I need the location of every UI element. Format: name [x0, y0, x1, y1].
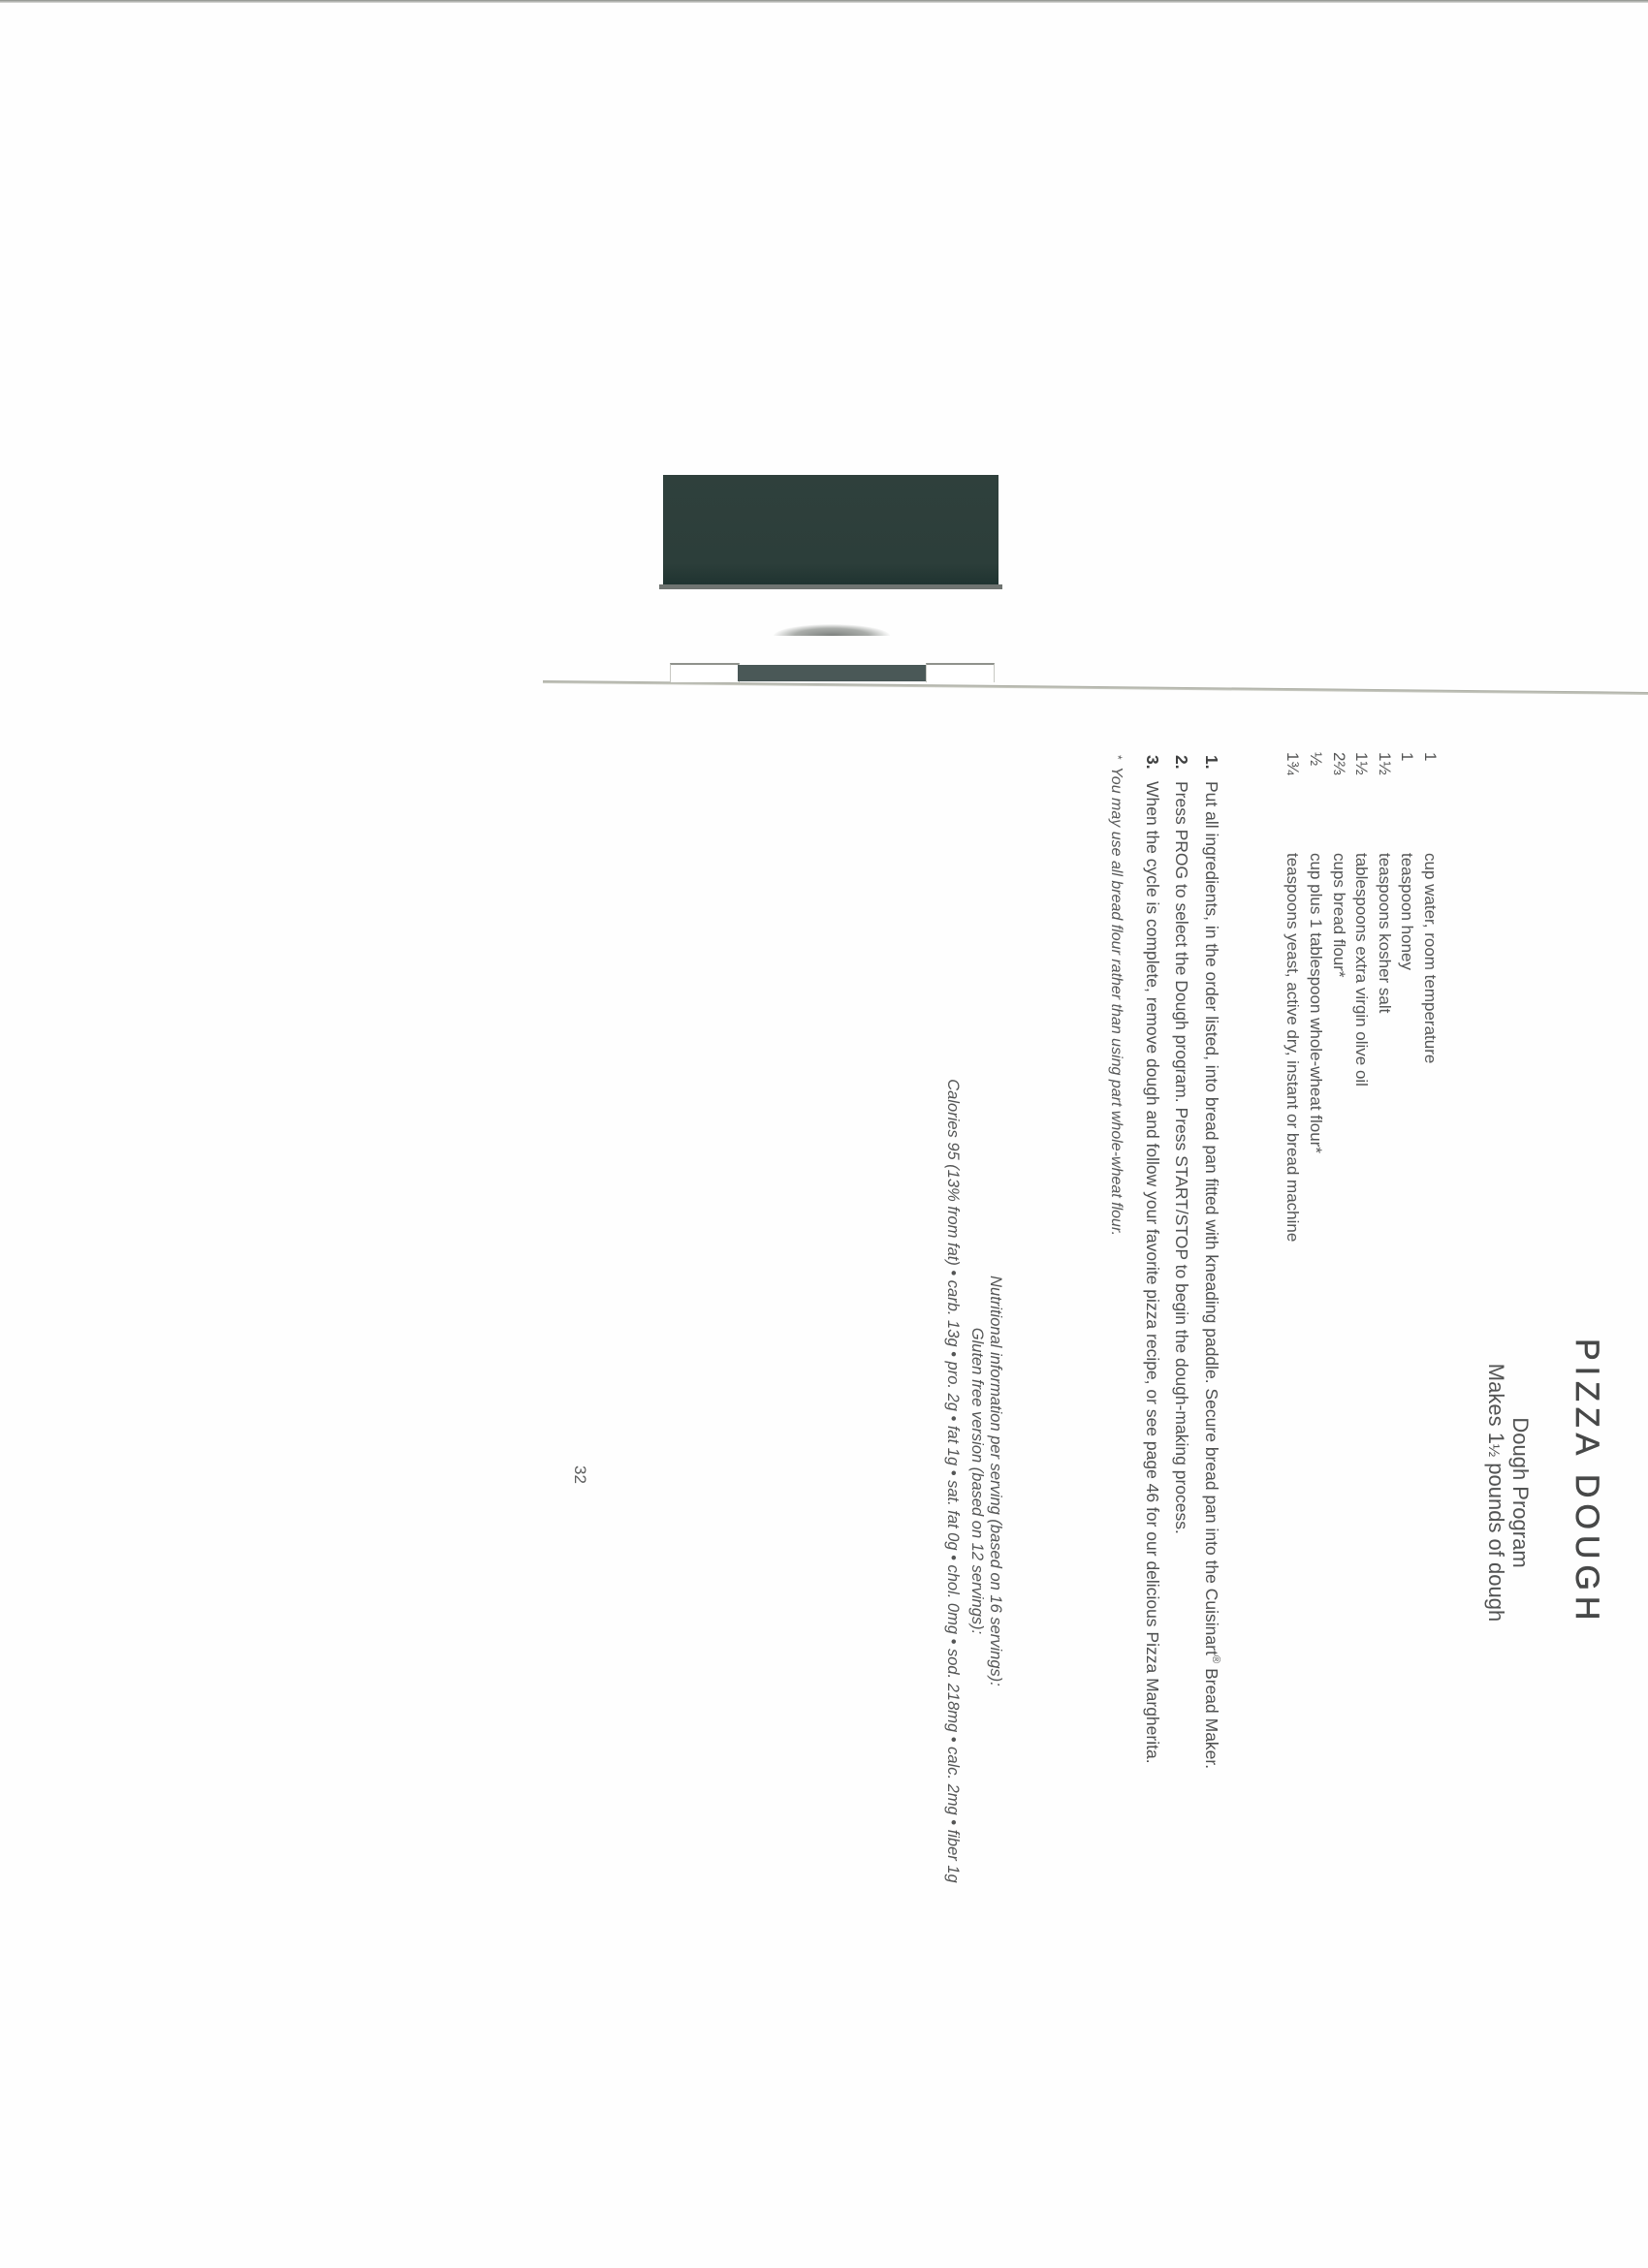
- yield-prefix: Makes 1: [1484, 1364, 1508, 1444]
- ingredient-text: cup water, room temperature: [1418, 853, 1442, 1063]
- page-number: 32: [570, 1465, 589, 1484]
- ingredient-text: teaspoon honey: [1396, 853, 1419, 970]
- step-number: 3.: [1138, 755, 1168, 781]
- instruction-step: 3. When the cycle is complete, remove do…: [1138, 755, 1168, 1769]
- nutrition-info: Nutritional information per serving (bas…: [943, 962, 1004, 2000]
- ingredient-text: teaspoons kosher salt: [1373, 853, 1396, 1013]
- recipe-yield: Makes 1½ pounds of dough: [1483, 1347, 1508, 1638]
- recipe-title: PIZZA DOUGH: [1568, 1339, 1605, 1629]
- step-number: 1.: [1197, 755, 1227, 781]
- step-number: 2.: [1167, 755, 1197, 781]
- ingredient-text: tablespoons extra virgin olive oil: [1350, 853, 1374, 1087]
- flour-footnote: *You may use all bread flour rather than…: [1107, 755, 1125, 1236]
- instruction-steps: 1. Put all ingredients, in the order lis…: [1138, 755, 1227, 1769]
- yield-fraction: ½: [1485, 1444, 1502, 1457]
- footnote-text: You may use all bread flour rather than …: [1108, 767, 1125, 1236]
- step-text: When the cycle is complete, remove dough…: [1138, 781, 1168, 1764]
- step-text-tail: Bread Maker.: [1202, 1663, 1221, 1769]
- ingredient-quantity: ½: [1304, 752, 1327, 853]
- instruction-step: 1. Put all ingredients, in the order lis…: [1197, 755, 1227, 1769]
- ingredient-quantity: 2⅔: [1327, 752, 1350, 853]
- ingredient-item: 1½ teaspoons kosher salt: [1373, 752, 1396, 1242]
- yield-suffix: pounds of dough: [1484, 1457, 1508, 1622]
- ingredient-text: teaspoons yeast, active dry, instant or …: [1282, 853, 1305, 1242]
- ingredient-item: 1 teaspoon honey: [1396, 752, 1419, 1242]
- ingredient-text: cups bread flour*: [1327, 853, 1350, 978]
- ingredient-quantity: 1½: [1350, 752, 1374, 853]
- step-text: Press PROG to select the Dough program. …: [1167, 781, 1197, 1534]
- step-text: Put all ingredients, in the order listed…: [1197, 781, 1227, 1769]
- ingredient-quantity: 1¾: [1282, 752, 1305, 853]
- ingredient-item: 1 cup water, room temperature: [1418, 752, 1442, 1242]
- step-text-main: Put all ingredients, in the order listed…: [1202, 781, 1221, 1655]
- ingredient-quantity: 1: [1396, 752, 1419, 853]
- ingredient-text: cup plus 1 tablespoon whole-wheat flour*: [1304, 853, 1327, 1153]
- nutrition-heading: Nutritional information per serving (bas…: [986, 962, 1004, 2000]
- registered-mark: ®: [1210, 1655, 1221, 1663]
- ingredient-item: 2⅔ cups bread flour*: [1327, 752, 1350, 1242]
- instruction-step: 2. Press PROG to select the Dough progra…: [1167, 755, 1197, 1769]
- ingredient-list: 1 cup water, room temperature 1 teaspoon…: [1282, 752, 1442, 1242]
- recipe-program: Dough Program: [1507, 1347, 1533, 1638]
- ingredient-item: ½ cup plus 1 tablespoon whole-wheat flou…: [1304, 752, 1327, 1242]
- ingredient-quantity: 1½: [1373, 752, 1396, 853]
- footnote-marker: *: [1111, 755, 1125, 767]
- ingredient-item: 1¾ teaspoons yeast, active dry, instant …: [1282, 752, 1305, 1242]
- ingredient-quantity: 1: [1418, 752, 1442, 853]
- nutrition-gluten-free: Gluten free version (based on 12 serving…: [967, 962, 986, 2000]
- ingredient-item: 1½ tablespoons extra virgin olive oil: [1350, 752, 1374, 1242]
- nutrition-values: Calories 95 (13% from fat) • carb. 13g •…: [943, 962, 962, 2000]
- recipe-page: PIZZA DOUGH Dough Program Makes 1½ pound…: [0, 0, 1648, 2268]
